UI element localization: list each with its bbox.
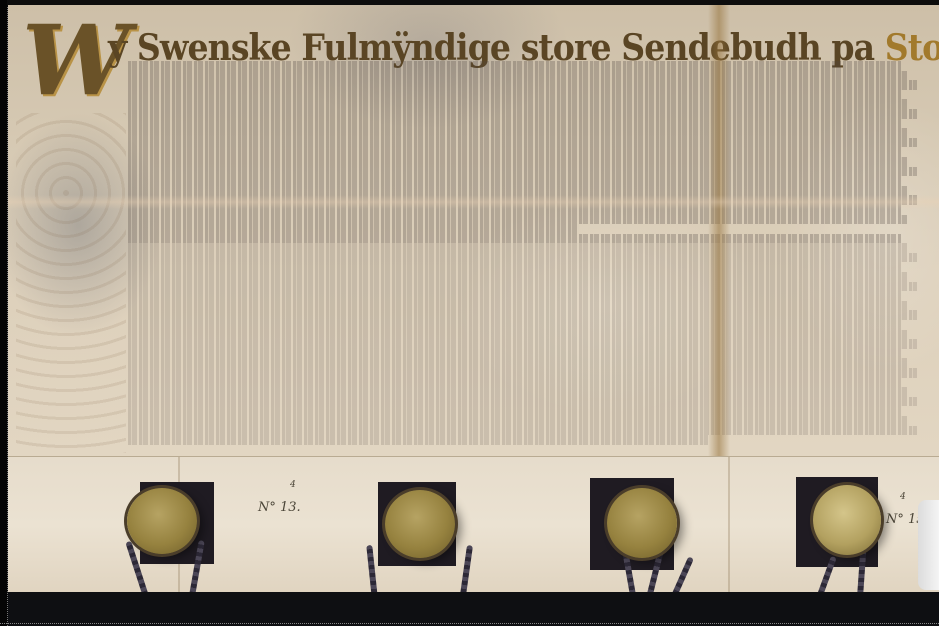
handwritten-line xyxy=(128,138,917,148)
handwritten-line xyxy=(128,90,901,100)
handwritten-line xyxy=(128,368,917,378)
handwritten-line xyxy=(128,406,901,416)
handwritten-line xyxy=(128,330,909,340)
handwritten-line xyxy=(128,282,917,292)
handwritten-line xyxy=(128,128,909,138)
handwritten-line xyxy=(128,176,901,186)
handwritten-line xyxy=(128,358,909,368)
body-text-block xyxy=(128,61,933,456)
handwritten-line xyxy=(128,262,901,272)
plica-crease xyxy=(728,457,730,594)
handwritten-line xyxy=(128,310,917,320)
left-edge xyxy=(0,0,8,626)
annotation-mark-top: 4 xyxy=(900,492,906,502)
annotation-mark-top: 4 xyxy=(290,480,296,490)
handwritten-line xyxy=(128,157,909,167)
handwritten-line xyxy=(128,291,901,301)
handwritten-line xyxy=(128,80,917,90)
handwritten-line xyxy=(128,119,901,129)
parchment-sheet: W y Swenske Fulmÿndige store Sendebudh p… xyxy=(8,5,939,457)
document-photo: W y Swenske Fulmÿndige store Sendebudh p… xyxy=(0,0,939,626)
handwritten-line xyxy=(128,426,917,436)
wax-seal-3 xyxy=(607,488,677,558)
horizontal-fold xyxy=(8,195,939,209)
white-cloth xyxy=(918,500,939,590)
handwritten-line xyxy=(128,339,917,349)
handwritten-line xyxy=(128,272,909,282)
handwritten-line xyxy=(128,61,901,71)
handwritten-line xyxy=(128,397,917,407)
handwritten-line xyxy=(128,320,901,330)
handwritten-line xyxy=(128,99,909,109)
wax-seal-4 xyxy=(813,485,881,555)
handwritten-line xyxy=(128,234,901,244)
handwritten-line xyxy=(128,435,708,445)
handwritten-line xyxy=(128,378,901,388)
wax-seal-1 xyxy=(127,488,197,554)
handwritten-line xyxy=(128,71,909,81)
vertical-fold xyxy=(708,5,730,457)
handwritten-line xyxy=(128,215,909,225)
annotation-mark: N° 13. xyxy=(258,500,301,515)
handwritten-line xyxy=(128,224,579,234)
handwritten-line xyxy=(128,416,909,426)
handwritten-line xyxy=(128,186,909,196)
handwritten-line xyxy=(128,349,901,359)
handwritten-line xyxy=(128,147,901,157)
decorative-flourish-border xyxy=(16,113,126,453)
handwritten-line xyxy=(128,253,917,263)
wax-seal-2 xyxy=(385,490,455,558)
handwritten-line xyxy=(128,387,909,397)
handwritten-line xyxy=(128,301,909,311)
handwritten-line xyxy=(128,109,917,119)
handwritten-line xyxy=(128,167,917,177)
handwritten-line xyxy=(128,243,909,253)
dark-backdrop xyxy=(8,592,939,626)
